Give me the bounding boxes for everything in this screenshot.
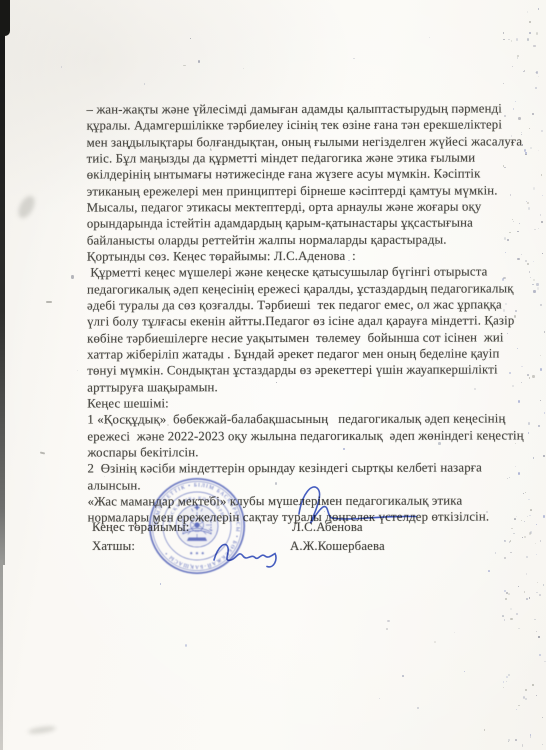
scanned-document-page: – жан-жақты және үйлесімді дамыған адамд… — [0, 0, 546, 750]
secretary-signature — [214, 544, 276, 566]
secretary-label: Хатшы: — [92, 539, 135, 554]
signature-block: Кеңес төрайымы: Л.С.Абенова Хатшы: А.Ж.К… — [0, 0, 546, 750]
signatures-overlay — [200, 470, 435, 580]
chairwoman-signature — [299, 487, 416, 523]
